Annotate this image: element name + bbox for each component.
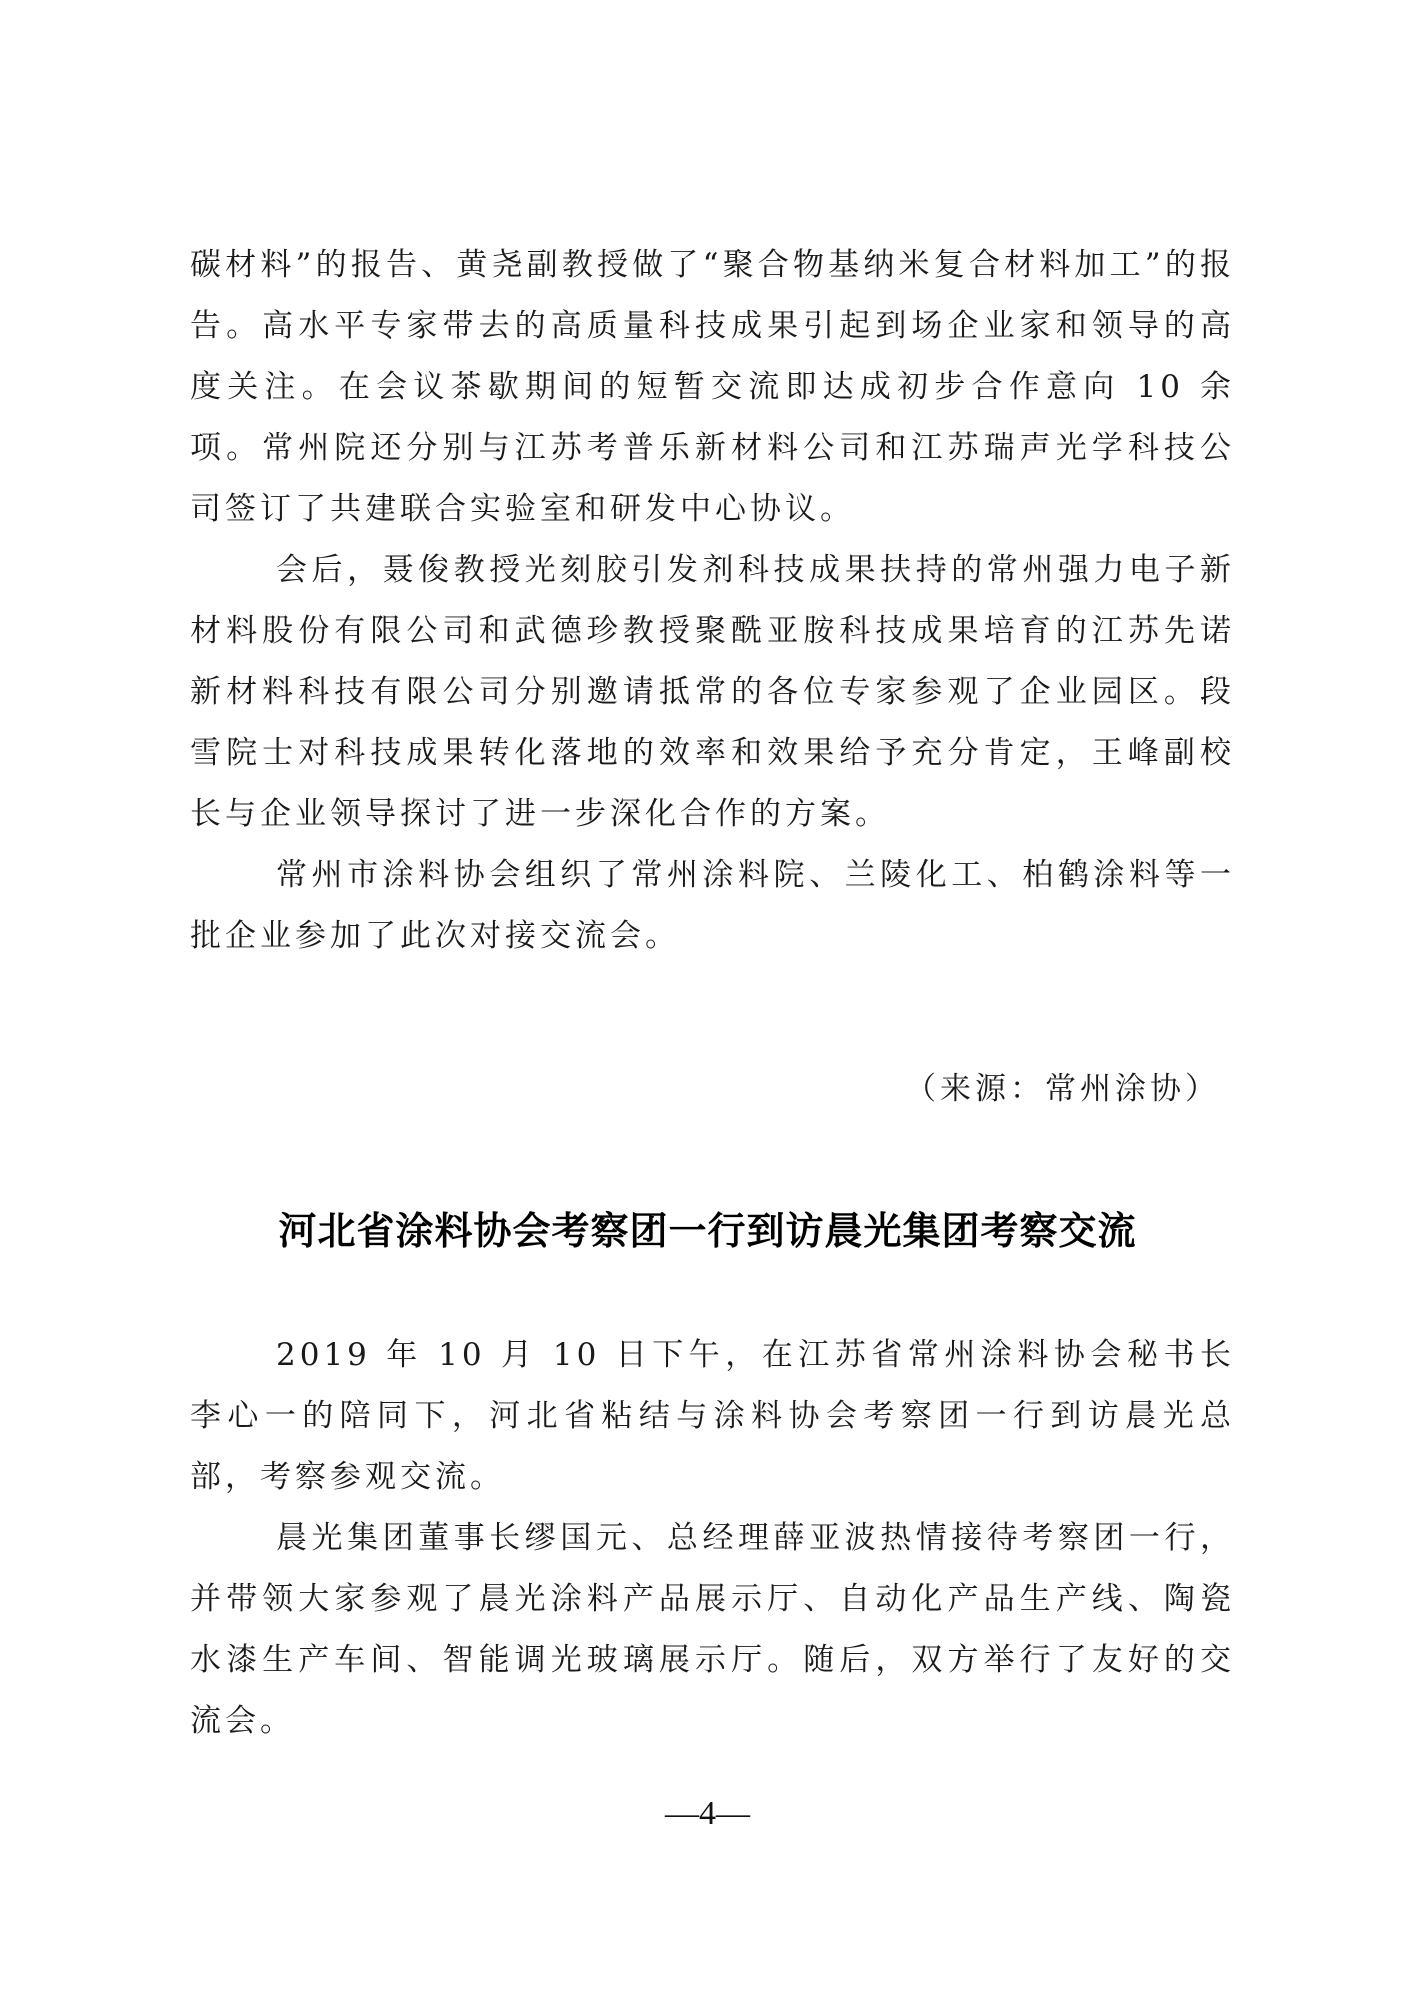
document-page: 碳材料”的报告、黄尧副教授做了“聚合物基纳米复合材料加工”的报告。高水平专家带去… (0, 0, 1415, 2000)
article-2-paragraph-1: 2019 年 10 月 10 日下午，在江苏省常州涂料协会秘书长李心一的陪同下，… (190, 1325, 1235, 1508)
article-1-body: 碳材料”的报告、黄尧副教授做了“聚合物基纳米复合材料加工”的报告。高水平专家带去… (190, 235, 1235, 967)
article-1-paragraph-2: 会后，聂俊教授光刻胶引发剂科技成果扶持的常州强力电子新材料股份有限公司和武德珍教… (190, 540, 1235, 845)
article-2-paragraph-2: 晨光集团董事长缪国元、总经理薛亚波热情接待考察团一行，并带领大家参观了晨光涂料产… (190, 1508, 1235, 1752)
article-1-paragraph-1: 碳材料”的报告、黄尧副教授做了“聚合物基纳米复合材料加工”的报告。高水平专家带去… (190, 235, 1235, 540)
article-2-body: 2019 年 10 月 10 日下午，在江苏省常州涂料协会秘书长李心一的陪同下，… (190, 1325, 1235, 1752)
article-2-title: 河北省涂料协会考察团一行到访晨光集团考察交流 (0, 1200, 1415, 1255)
page-number: —4— (0, 1795, 1415, 1833)
article-1-paragraph-3: 常州市涂料协会组织了常州涂料院、兰陵化工、柏鹤涂料等一批企业参加了此次对接交流会… (190, 845, 1235, 967)
article-1-source: （来源：常州涂协） (905, 1063, 1220, 1108)
